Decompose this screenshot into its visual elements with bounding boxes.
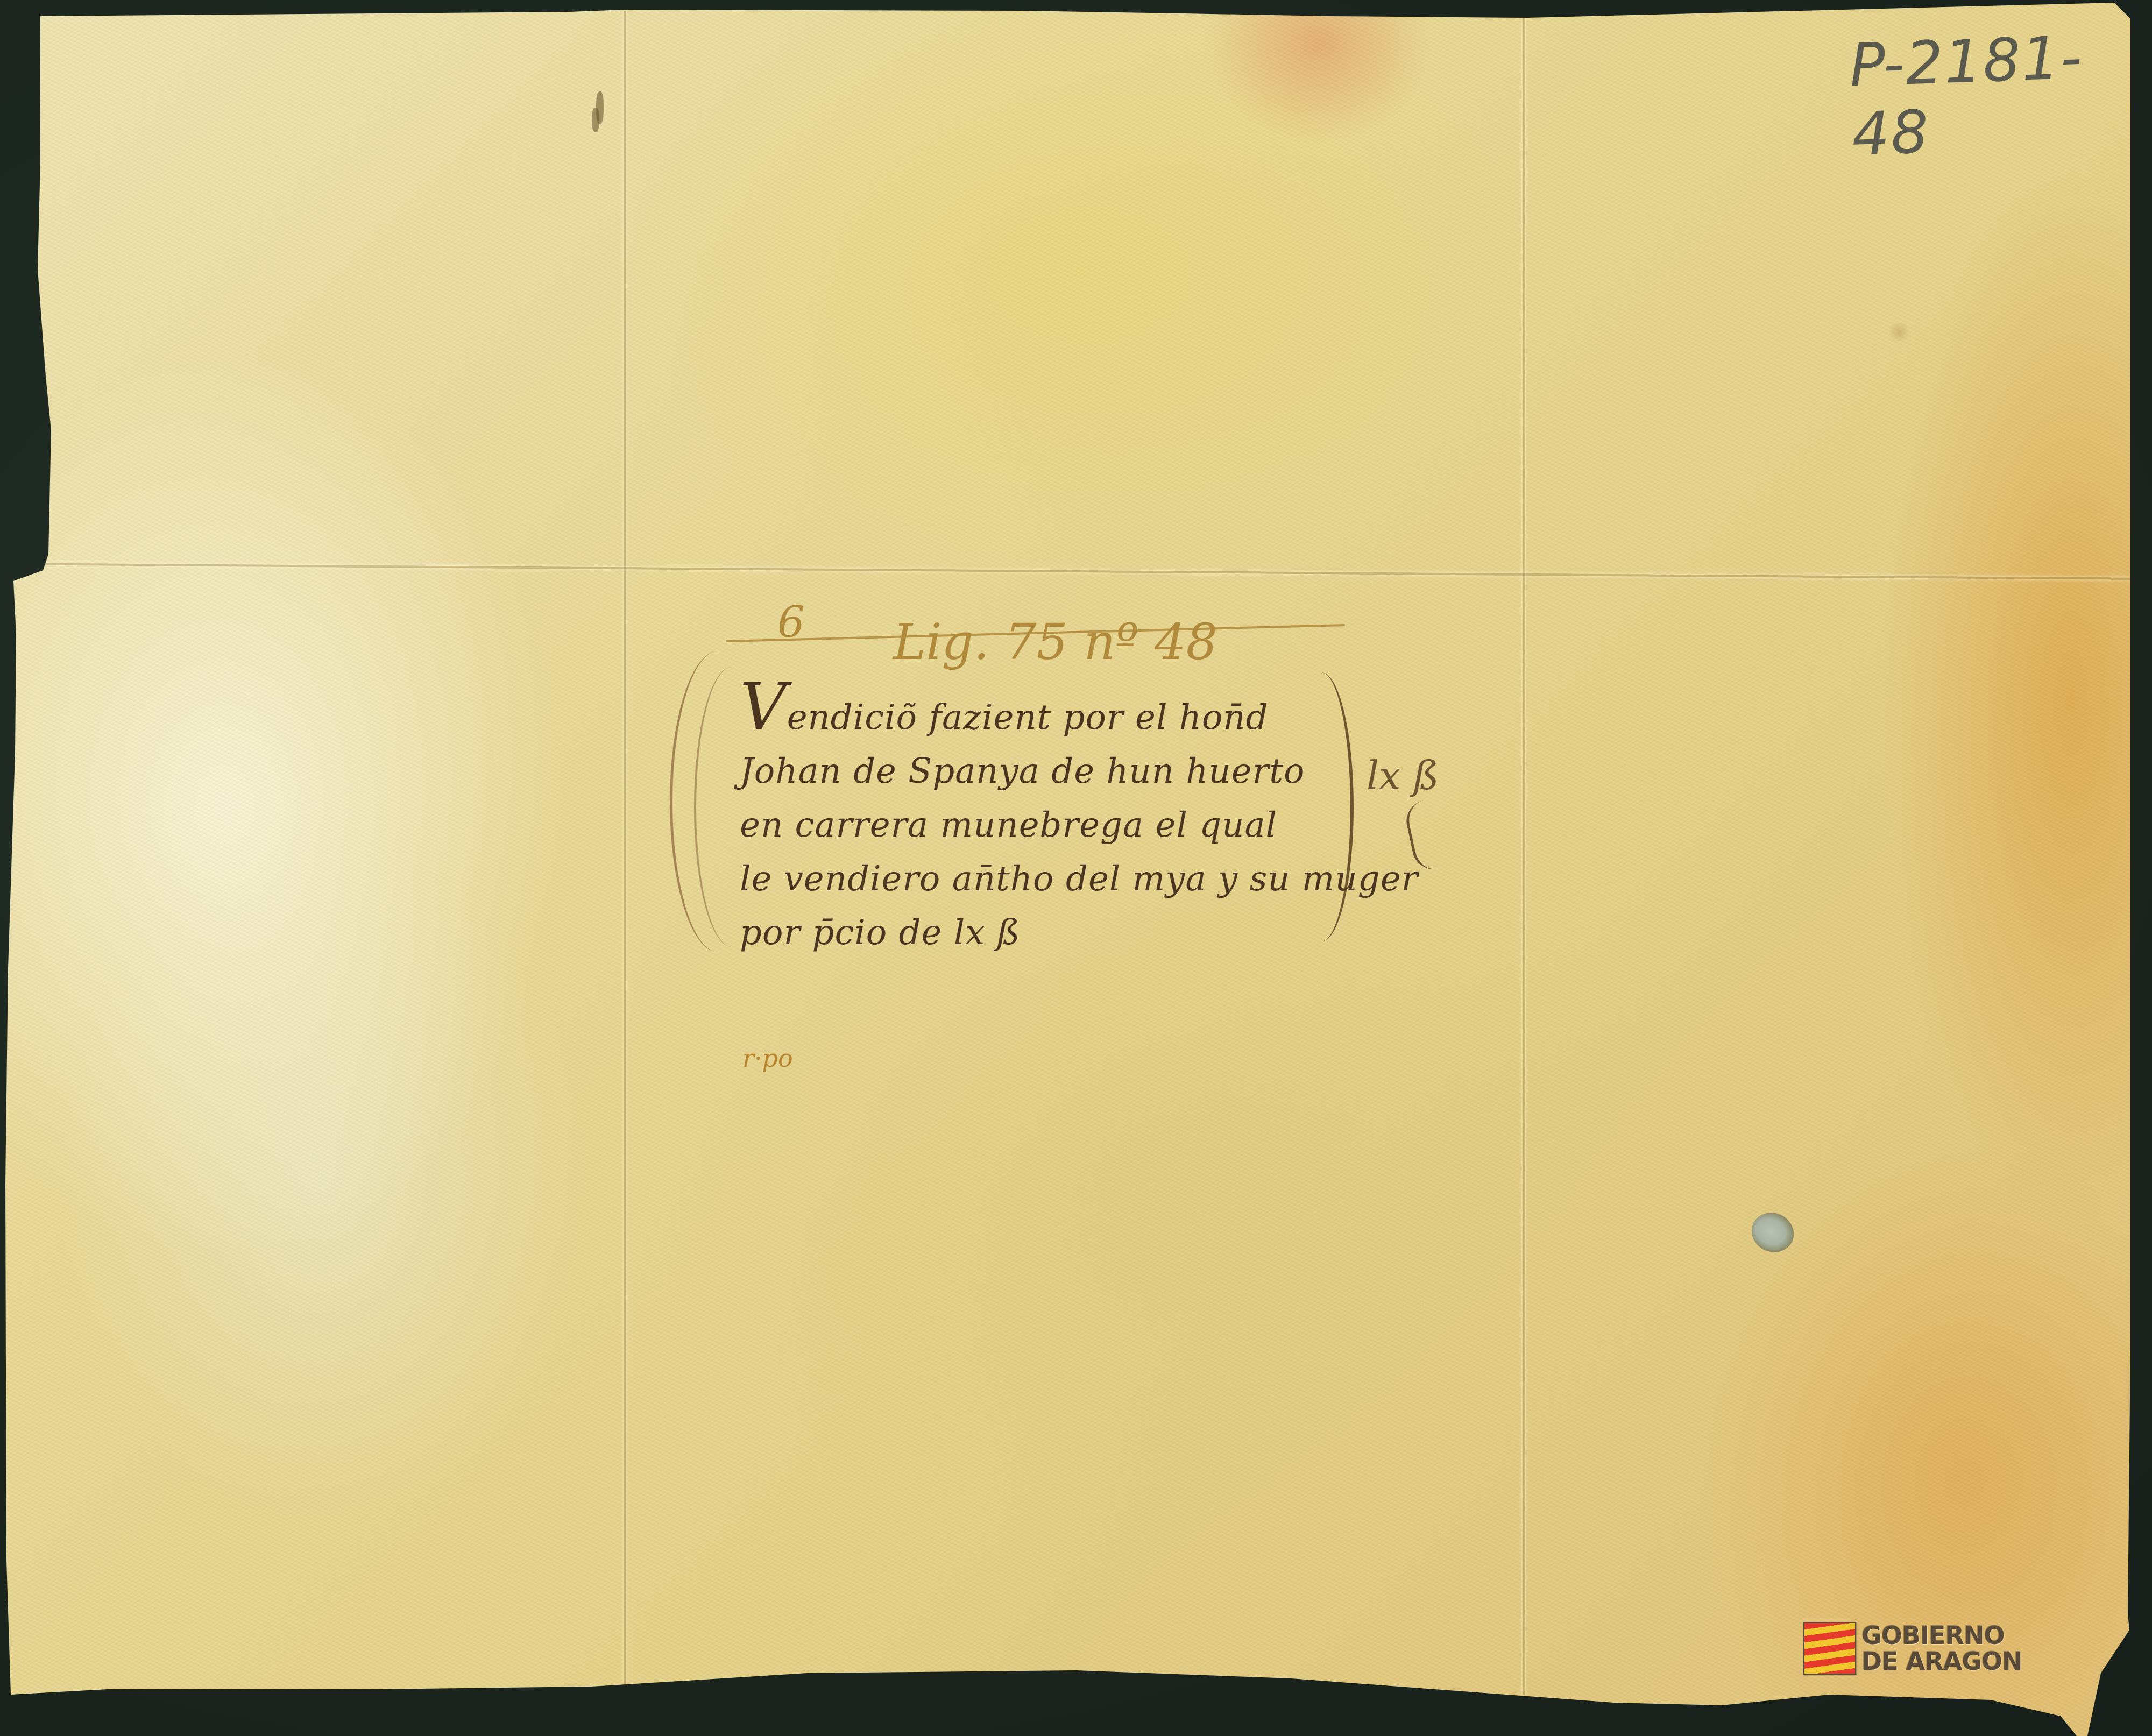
stain-spot [1888,323,1910,341]
logo-line-1: GOBIERNO [1861,1622,2022,1648]
aragon-flag-icon [1803,1622,1856,1675]
legajo-note: Lig. 75 nº 48 [893,613,1217,671]
endorsement-line: por p̄cio de lx ß [740,906,1332,960]
ink-blot [592,108,599,132]
endorsement-text: Vendiciõ fazient por el hon̄d Johan de S… [740,681,1332,960]
endorsement-line: Johan de Spanya de hun huerto [740,745,1332,798]
pencil-note: r·po [742,1044,793,1073]
endorsement-line: Vendiciõ fazient por el hon̄d [740,681,1332,745]
margin-sum: lx ß [1367,753,1439,798]
logo-line-2: DE ARAGON [1861,1648,2022,1674]
logo-text: GOBIERNO DE ARAGON [1861,1622,2022,1674]
gobierno-de-aragon-logo: GOBIERNO DE ARAGON [1803,1622,2022,1675]
archive-reference: P-2181-48 [1849,20,2152,168]
endorsement-line: le vendiero an̄tho del mya y su muger [740,852,1332,906]
fold-line-vertical-left [624,11,626,1689]
endorsement-line: en carrera munebrega el qual [740,798,1332,852]
fold-line-vertical-right [1523,16,1525,1695]
